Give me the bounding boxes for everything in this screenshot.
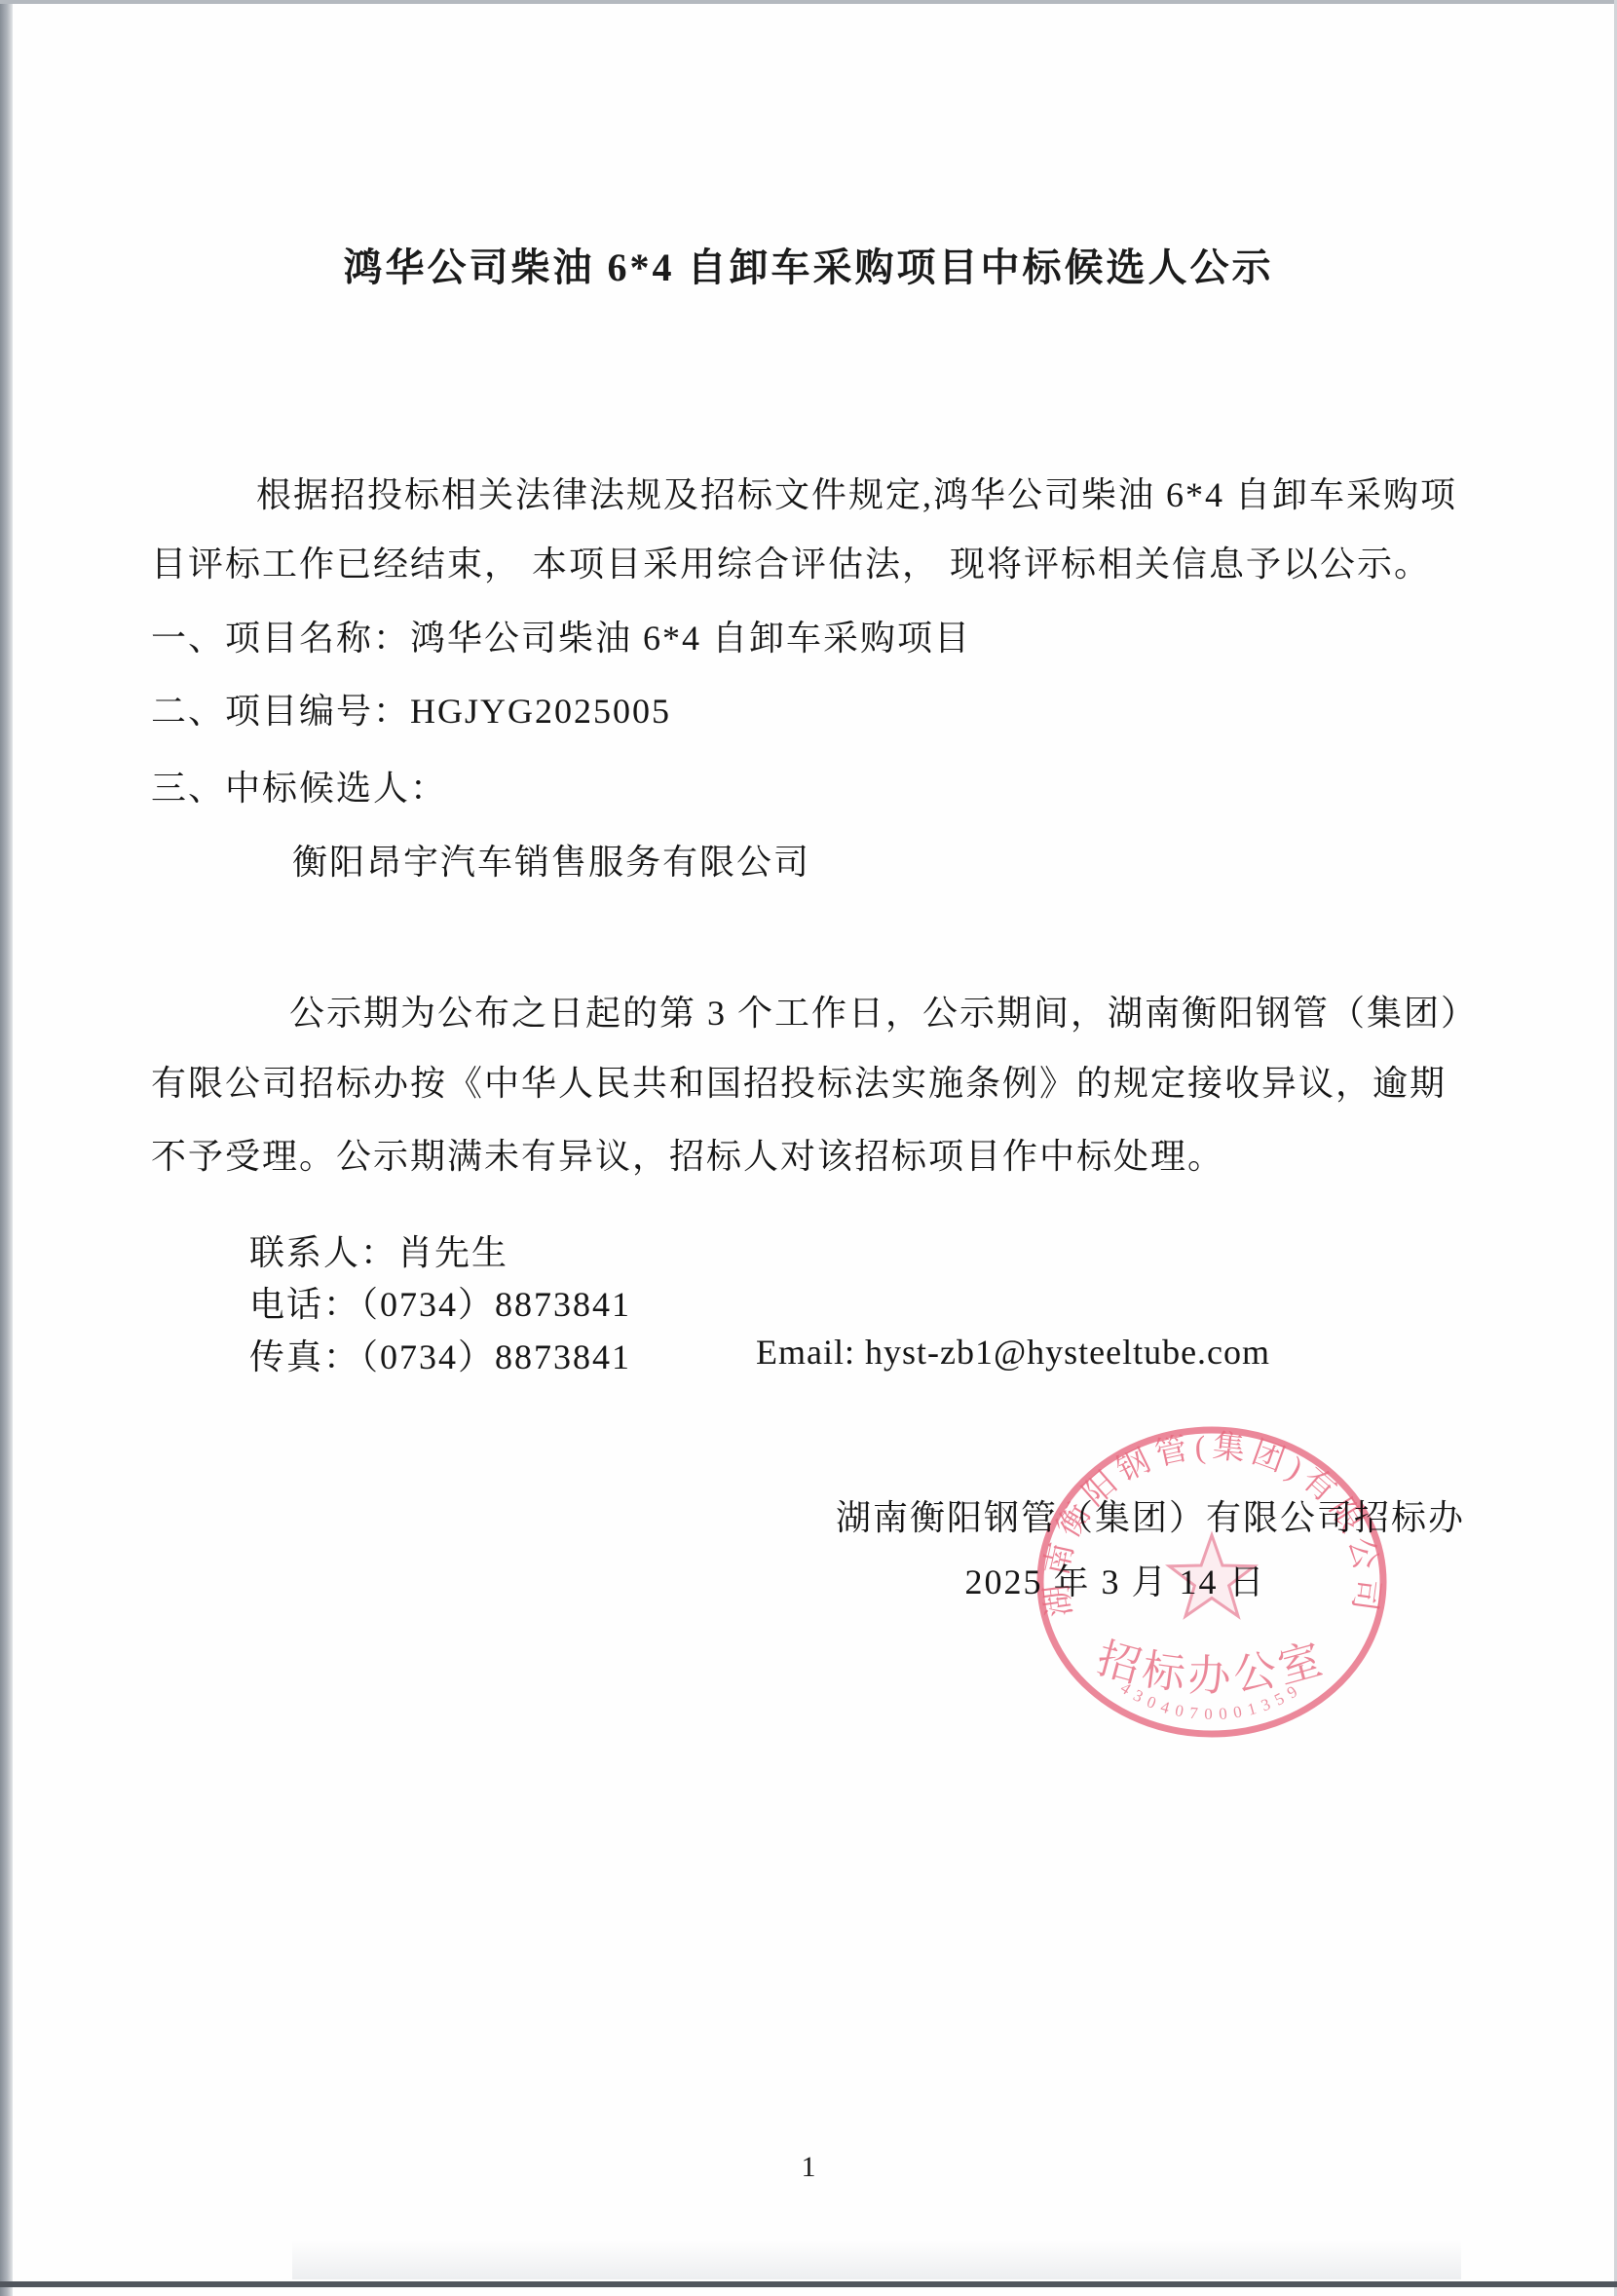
seal-serial-number: 4304070001359 <box>1117 1678 1306 1723</box>
item-project-name: 一、项目名称：鸿华公司柴油 6*4 自卸车采购项目 <box>151 611 971 660</box>
svg-text:4304070001359: 4304070001359 <box>1117 1678 1306 1723</box>
scan-edge-left <box>0 0 13 2296</box>
contact-person: 联系人：肖先生 <box>249 1225 508 1275</box>
item-candidates-heading: 三、中标候选人： <box>151 761 447 810</box>
contact-email: Email: hyst-zb1@hysteeltube.com <box>756 1332 1270 1373</box>
intro-line-1: 根据招投标相关法律法规及招标文件规定,鸿华公司柴油 6*4 自卸车采购项 <box>256 468 1457 517</box>
page-number: 1 <box>0 2151 1617 2184</box>
signature-org: 湖南衡阳钢管（集团）有限公司招标办 <box>836 1490 1465 1540</box>
svg-text:招标办公室: 招标办公室 <box>1092 1635 1332 1700</box>
notice-line-2: 有限公司招标办按《中华人民共和国招投标法实施条例》的规定接收异议，逾期 <box>151 1056 1447 1106</box>
scanned-document-page: 鸿华公司柴油 6*4 自卸车采购项目中标候选人公示 根据招投标相关法律法规及招标… <box>0 0 1617 2296</box>
document-title: 鸿华公司柴油 6*4 自卸车采购项目中标候选人公示 <box>0 237 1617 292</box>
scan-edge-bottom <box>0 2281 1617 2287</box>
notice-line-3: 不予受理。公示期满未有异议，招标人对该招标项目作中标处理。 <box>151 1129 1224 1179</box>
scan-shadow-bottom <box>292 2240 1461 2279</box>
notice-line-1: 公示期为公布之日起的第 3 个工作日，公示期间，湖南衡阳钢管（集团） <box>289 986 1478 1035</box>
intro-line-2: 目评标工作已经结束， 本项目采用综合评估法， 现将评标相关信息予以公示。 <box>151 537 1431 586</box>
contact-phone: 电话：（0734）8873841 <box>249 1277 631 1327</box>
candidate-name: 衡阳昂宇汽车销售服务有限公司 <box>292 835 810 885</box>
contact-fax: 传真：（0734）8873841 <box>249 1330 631 1379</box>
scan-edge-top <box>0 0 1617 4</box>
item-project-number: 二、项目编号：HGJYG2025005 <box>151 684 671 734</box>
signature-date: 2025 年 3 月 14 日 <box>838 1555 1393 1604</box>
seal-office-label: 招标办公室 <box>1092 1635 1332 1700</box>
